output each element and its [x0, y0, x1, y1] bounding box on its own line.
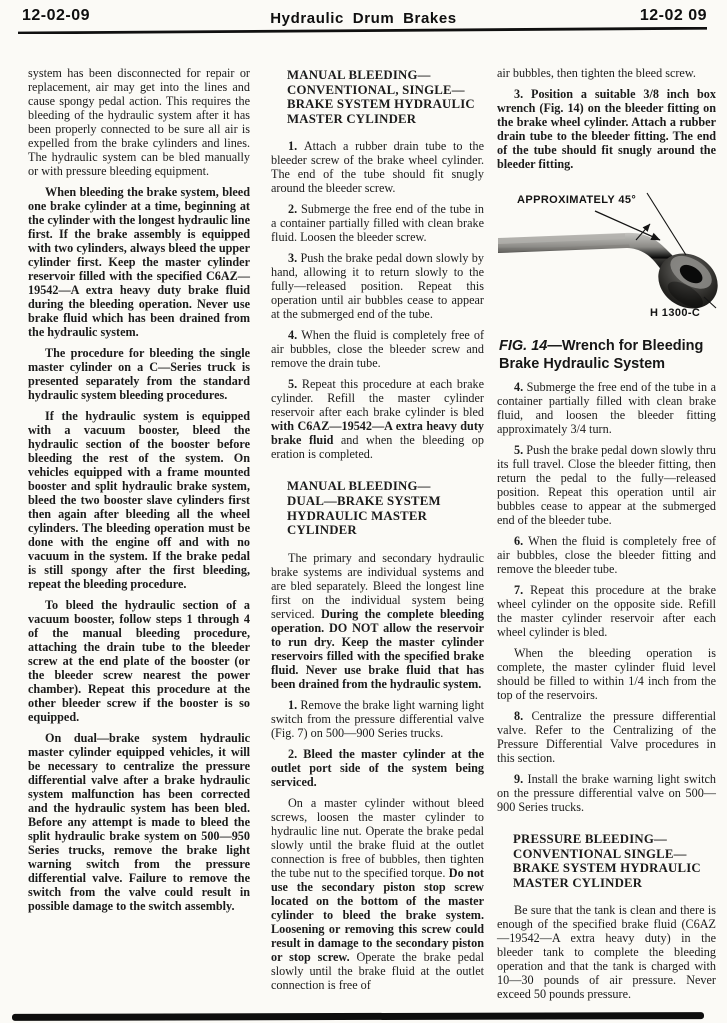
column-left: system has been disconnected for repair …	[28, 66, 250, 913]
page-title: Hydraulic Drum Brakes	[0, 10, 727, 27]
paragraph: 1. Attach a rubber drain tube to the ble…	[271, 139, 484, 195]
running-head-right: 12-02 09	[640, 7, 707, 25]
header-rule	[18, 27, 707, 34]
paragraph: 6. When the fluid is completely free of …	[497, 534, 716, 576]
part-number-label: H 1300-C	[650, 306, 700, 320]
paragraph: 5. Repeat this procedure at each brake c…	[271, 377, 484, 461]
paragraph: If the hydraulic system is equipped with…	[28, 409, 250, 591]
figure-14: APPROXIMATELY 45° H 1300-C FIG. 14—Wrenc…	[497, 193, 716, 373]
paragraph: 2. Submerge the free end of the tube in …	[271, 202, 484, 244]
paragraph: When the bleeding operation is complete,…	[497, 646, 716, 702]
paragraph: The procedure for bleeding the single ma…	[28, 346, 250, 402]
paragraph: The primary and secondary hydraulic brak…	[271, 551, 484, 691]
wrench-photo: APPROXIMATELY 45° H 1300-C	[497, 193, 726, 325]
angle-callout-label: APPROXIMATELY 45°	[517, 193, 636, 207]
paragraph: air bubbles, then tighten the bleed scre…	[497, 66, 716, 80]
paragraph: 8. Centralize the pressure differential …	[497, 709, 716, 765]
paragraph: Be sure that the tank is clean and there…	[497, 903, 716, 1001]
figure-caption: FIG. 14—Wrench for Bleeding Brake Hydrau…	[499, 338, 711, 373]
paragraph: 7. Repeat this procedure at the brake wh…	[497, 583, 716, 639]
paragraph: 9. Install the brake warning light switc…	[497, 772, 716, 814]
paragraph: system has been disconnected for repair …	[28, 66, 250, 178]
paragraph: 2. Bleed the master cylinder at the outl…	[271, 747, 484, 789]
manual-page: 12-02-09 Hydraulic Drum Brakes 12-02 09 …	[0, 0, 727, 1023]
column-right: air bubbles, then tighten the bleed scre…	[497, 66, 716, 1001]
section-heading: MANUAL BLEEDING— CONVENTIONAL, SINGLE— B…	[287, 68, 484, 126]
section-heading: PRESSURE BLEEDING— CONVENTIONAL SINGLE— …	[513, 832, 716, 890]
paragraph: To bleed the hydraulic section of a vacu…	[28, 598, 250, 724]
scan-artifact-bottom-edge	[12, 1012, 704, 1020]
section-heading: MANUAL BLEEDING— DUAL—BRAKE SYSTEM HYDRA…	[287, 479, 484, 537]
paragraph: On a master cylinder without bleed screw…	[271, 796, 484, 992]
paragraph: 5. Push the brake pedal down slowly thru…	[497, 443, 716, 527]
paragraph: When bleeding the brake system, bleed on…	[28, 185, 250, 339]
column-middle: MANUAL BLEEDING— CONVENTIONAL, SINGLE— B…	[271, 66, 484, 992]
paragraph: On dual—brake system hydraulic master cy…	[28, 731, 250, 913]
paragraph: 3. Push the brake pedal down slowly by h…	[271, 251, 484, 321]
paragraph: 1. Remove the brake light warning light …	[271, 698, 484, 740]
paragraph: 4. Submerge the free end of the tube in …	[497, 380, 716, 436]
paragraph: 4. When the fluid is completely free of …	[271, 328, 484, 370]
paragraph: 3. Position a suitable 3/8 inch box wren…	[497, 87, 716, 171]
figure-caption-number: FIG. 14	[499, 338, 547, 354]
